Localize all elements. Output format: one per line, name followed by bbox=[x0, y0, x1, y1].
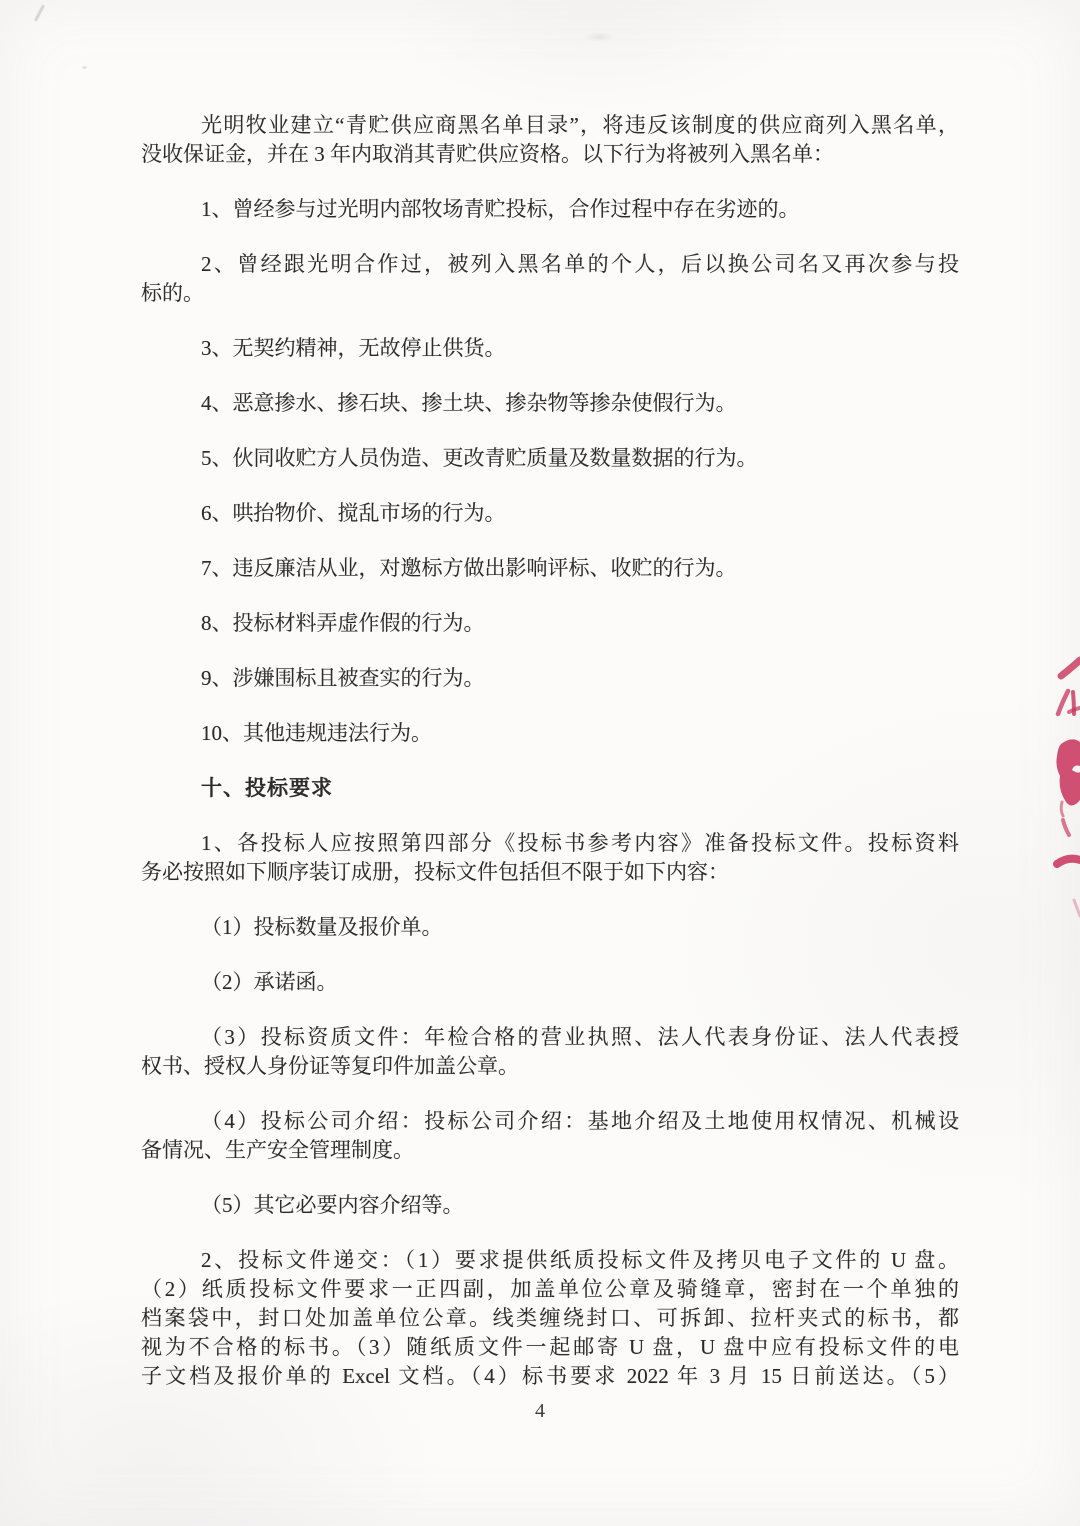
blacklist-item-9: 9、涉嫌围标且被查实的行为。 bbox=[141, 664, 959, 693]
blacklist-item-10: 10、其他违规违法行为。 bbox=[141, 719, 959, 748]
blacklist-item-4: 4、恶意掺水、掺石块、掺土块、掺杂物等掺杂使假行为。 bbox=[141, 389, 959, 418]
blacklist-item-8: 8、投标材料弄虚作假的行为。 bbox=[141, 609, 959, 638]
bid-requirements-paragraph-2: 2、投标文件递交：（1）要求提供纸质投标文件及拷贝电子文件的 U 盘。 （2）纸… bbox=[141, 1246, 959, 1391]
section-heading: 十、投标要求 bbox=[141, 774, 959, 803]
subitem-3: （3）投标资质文件：年检合格的营业执照、法人代表身份证、法人代表授 权书、授权人… bbox=[141, 1023, 959, 1081]
scan-artifact-mark bbox=[34, 4, 45, 21]
blacklist-item-5: 5、伙同收贮方人员伪造、更改青贮质量及数量数据的行为。 bbox=[141, 444, 959, 473]
bid-requirements-paragraph-1: 1、各投标人应按照第四部分《投标书参考内容》准备投标文件。投标资料 务必按照如下… bbox=[141, 829, 959, 887]
subitem-4: （4）投标公司介绍：投标公司介绍：基地介绍及土地使用权情况、机械设 备情况、生产… bbox=[141, 1107, 959, 1165]
intro-paragraph: 光明牧业建立“青贮供应商黑名单目录”，将违反该制度的供应商列入黑名单， 没收保证… bbox=[141, 111, 959, 169]
blacklist-item-3: 3、无契约精神，无故停止供货。 bbox=[141, 334, 959, 363]
intro-line: 光明牧业建立“青贮供应商黑名单目录”，将违反该制度的供应商列入黑名单， bbox=[141, 111, 959, 140]
scan-artifact-smudge bbox=[584, 32, 614, 42]
blacklist-item-1: 1、曾经参与过光明内部牧场青贮投标，合作过程中存在劣迹的。 bbox=[141, 195, 959, 224]
intro-line: 没收保证金，并在 3 年内取消其青贮供应资格。以下行为将被列入黑名单： bbox=[141, 140, 959, 169]
red-ink-stamp bbox=[1048, 648, 1080, 928]
blacklist-item-7: 7、违反廉洁从业，对邀标方做出影响评标、收贮的行为。 bbox=[141, 554, 959, 583]
subitem-2: （2）承诺函。 bbox=[141, 968, 959, 997]
blacklist-item-2: 2、曾经跟光明合作过，被列入黑名单的个人，后以换公司名又再次参与投 标的。 bbox=[141, 250, 959, 308]
scan-artifact-dot bbox=[82, 66, 87, 69]
blacklist-item-6: 6、哄抬物价、搅乱市场的行为。 bbox=[141, 499, 959, 528]
subitem-1: （1）投标数量及报价单。 bbox=[141, 913, 959, 942]
scanned-document-page: 光明牧业建立“青贮供应商黑名单目录”，将违反该制度的供应商列入黑名单， 没收保证… bbox=[0, 0, 1080, 1526]
text-column: 光明牧业建立“青贮供应商黑名单目录”，将违反该制度的供应商列入黑名单， 没收保证… bbox=[141, 111, 959, 1391]
page-number: 4 bbox=[0, 1400, 1080, 1423]
subitem-5: （5）其它必要内容介绍等。 bbox=[141, 1191, 959, 1220]
